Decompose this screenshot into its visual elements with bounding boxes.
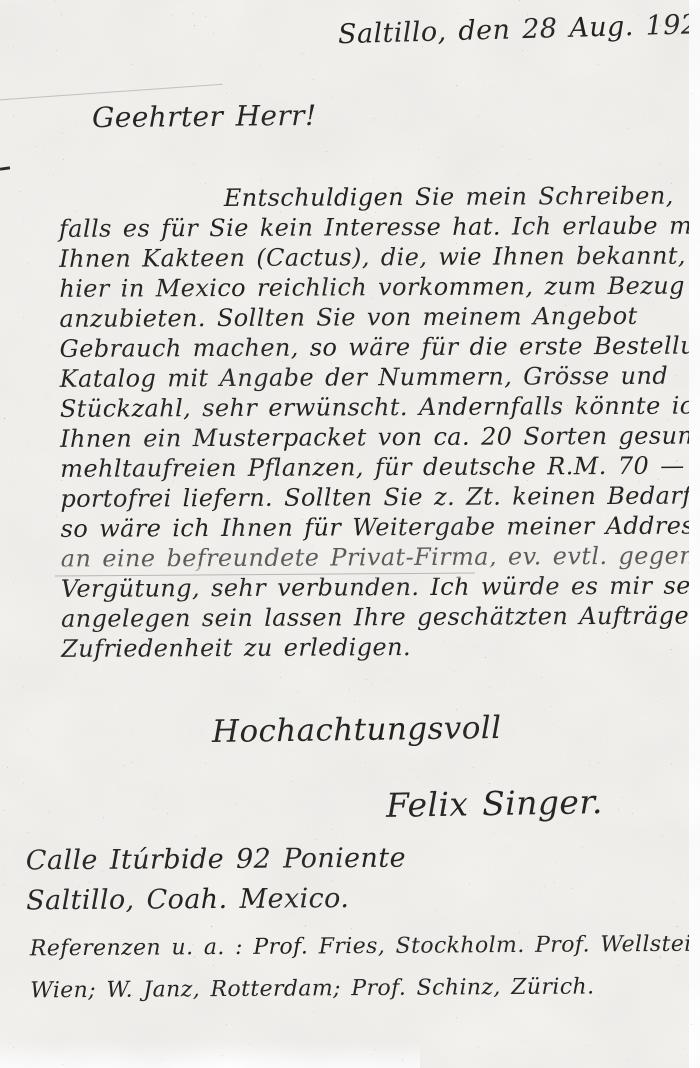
scan-bottom-fade [0, 1042, 420, 1068]
body-line: Zufriedenheit zu erledigen. [61, 630, 700, 664]
scan-scratch-artifact [0, 84, 223, 101]
letter-body: Entschuldigen Sie mein Schreiben, falls … [59, 180, 700, 664]
salutation: Geehrter Herr! [92, 99, 317, 134]
scan-right-border [689, 0, 700, 1068]
references-block: Referenzen u. a. : Prof. Fries, Stockhol… [30, 924, 700, 1013]
body-line: so wäre ich Ihnen für Weitergabe meiner … [60, 510, 700, 544]
body-line: mehltaufreien Pflanzen, für deutsche R.M… [60, 450, 700, 484]
body-line: Katalog mit Angabe der Nummern, Grösse u… [60, 360, 700, 394]
closing-line: Hochachtungsvoll [212, 710, 502, 750]
body-line: falls es für Sie kein Interesse hat. Ich… [59, 210, 700, 244]
scan-edge-mark [0, 166, 10, 170]
address-block: Calle Itúrbide 92 Poniente Saltillo, Coa… [26, 839, 407, 922]
body-line: hier in Mexico reichlich vorkommen, zum … [59, 270, 700, 304]
scanned-letter-page: Saltillo, den 28 Aug. 1926 Geehrter Herr… [0, 0, 700, 1068]
body-line: angelegen sein lassen Ihre geschätzten A… [61, 600, 700, 634]
reference-line: Referenzen u. a. : Prof. Fries, Stockhol… [30, 924, 700, 971]
body-line: Ihnen ein Musterpacket von ca. 20 Sorten… [60, 420, 700, 454]
reference-line: Wien; W. Janz, Rotterdam; Prof. Schinz, … [30, 966, 700, 1013]
body-line: Entschuldigen Sie mein Schreiben, [59, 180, 700, 214]
body-line: Ihnen Kakteen (Cactus), die, wie Ihnen b… [59, 240, 700, 274]
body-line: Stückzahl, sehr erwünscht. Andernfalls k… [60, 390, 700, 424]
address-line: Saltillo, Coah. Mexico. [26, 879, 406, 922]
body-line: anzubieten. Sollten Sie von meinem Angeb… [59, 300, 700, 334]
signature: Felix Singer. [386, 782, 603, 825]
address-line: Calle Itúrbide 92 Poniente [26, 839, 406, 882]
body-line: Gebrauch machen, so wäre für die erste B… [60, 330, 700, 364]
date-line: Saltillo, den 28 Aug. 1926 [338, 9, 700, 51]
body-line: portofrei liefern. Sollten Sie z. Zt. ke… [60, 480, 700, 514]
